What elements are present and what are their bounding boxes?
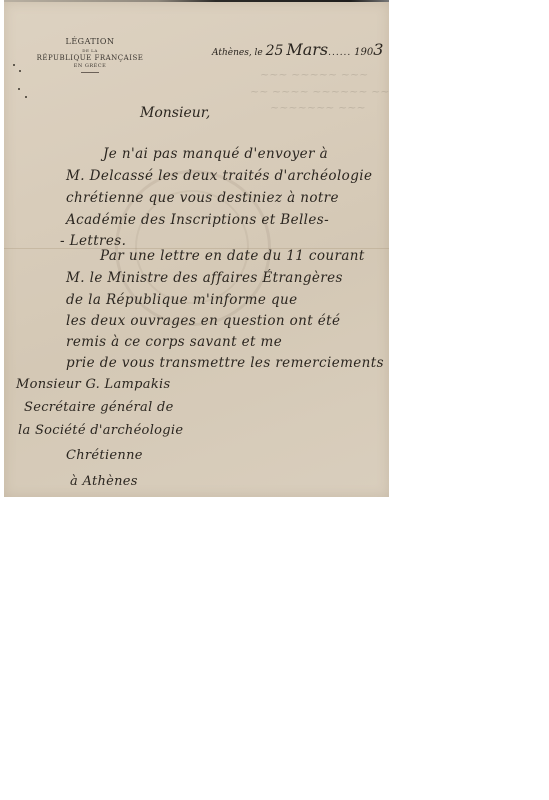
bleed-through-text: ~~~~~~~ ~~~ (270, 101, 366, 114)
letterhead-legation: LÉGATION (30, 37, 150, 46)
body-line: Par une lettre en date du 11 courant (100, 248, 365, 264)
bleed-through-text: ~~ ~~~~ ~~~~~~ ~~ (250, 85, 390, 98)
date-place: Athènes, le (212, 48, 263, 58)
body-line: chrétienne que vous destiniez à notre (66, 190, 339, 206)
letterhead-rule (81, 72, 99, 73)
letterhead-en-grece: EN GRÈCE (30, 63, 150, 69)
body-line: Je n'ai pas manqué d'envoyer à (103, 146, 328, 162)
date-year-suffix: 3 (373, 40, 383, 59)
body-line: M. Delcassé les deux traités d'archéolog… (66, 168, 372, 184)
body-line: M. le Ministre des affaires Étrangères (66, 270, 343, 286)
date-year-prefix: 190 (354, 47, 373, 58)
addressee-line: Chrétienne (66, 448, 143, 463)
dateline: Athènes, le 25 Mars...... 1903 (212, 40, 383, 59)
body-line: Académie des Inscriptions et Belles- (66, 212, 329, 228)
addressee-line: Monsieur G. Lampakis (16, 377, 170, 392)
body-line: prie de vous transmettre les remerciemen… (66, 355, 384, 371)
body-line: remis à ce corps savant et me (66, 334, 282, 350)
letterhead: LÉGATION DE LA RÉPUBLIQUE FRANÇAISE EN G… (30, 37, 150, 73)
addressee-line: à Athènes (70, 474, 138, 489)
watermark-seal-inner (135, 190, 249, 304)
letterhead-de-la: DE LA (30, 48, 150, 53)
bleed-through-text: ~~~ ~~~~~ ~~~ (260, 68, 368, 81)
date-month: Mars (286, 40, 328, 59)
date-day: 25 (266, 43, 284, 59)
letterhead-republique: RÉPUBLIQUE FRANÇAISE (30, 54, 150, 62)
salutation: Monsieur, (140, 105, 210, 121)
body-line: - Lettres. (60, 233, 126, 249)
body-line: de la République m'informe que (66, 292, 297, 308)
addressee-line: la Société d'archéologie (18, 423, 183, 438)
addressee-line: Secrétaire général de (24, 400, 174, 415)
body-line: les deux ouvrages en question ont été (66, 313, 340, 329)
